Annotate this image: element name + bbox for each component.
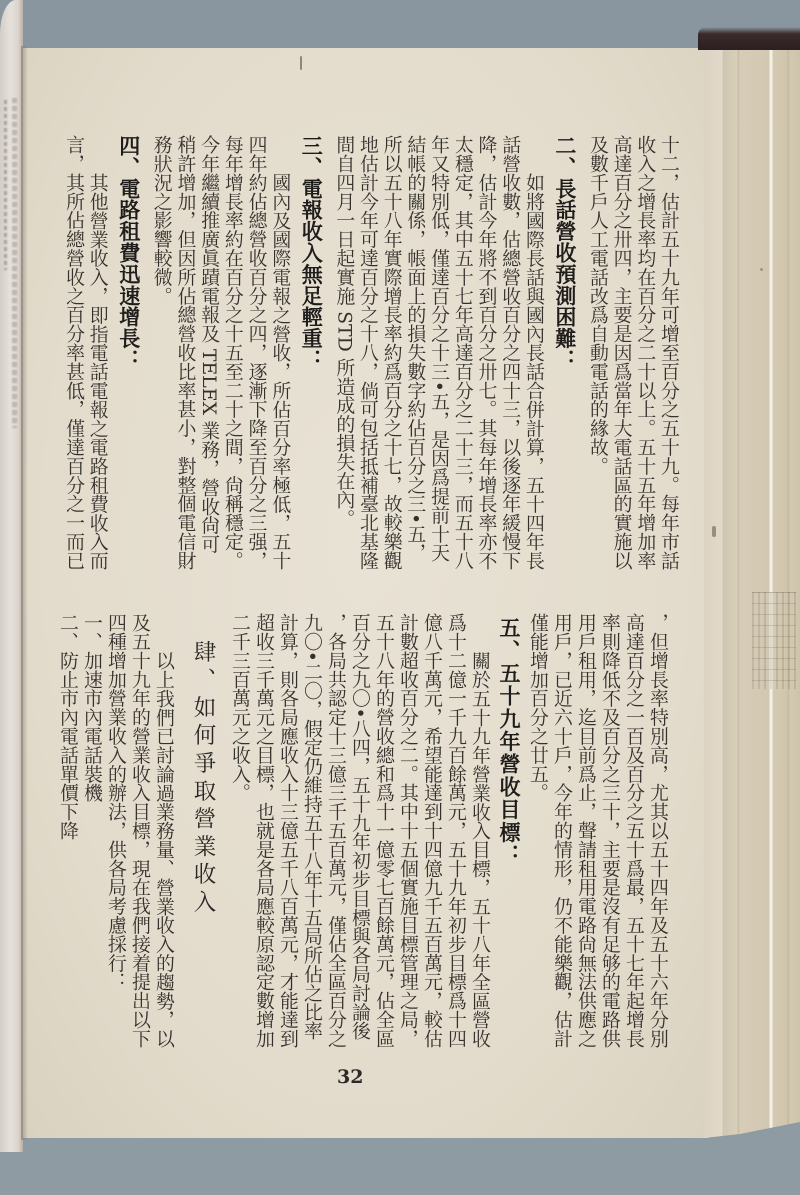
text-line: 高達百分之一百及百分之五十爲最，五十七年起增長 xyxy=(622,613,646,1053)
text-line: 以上我們已討論過業務量、營業收入的趨勢，以 xyxy=(152,613,176,1053)
text-line: 稍許增加，但因所佔總營收比率甚小，對整個電信財 xyxy=(173,135,197,575)
text-line: 計數超收百分之二。其中十五個實施目標管理之局， xyxy=(396,613,420,1053)
text-line: 間自四月一日起實施 STD 所造成的損失在內。 xyxy=(332,135,356,575)
text-line: 計算，則各局應收入十三億五千八百萬元，才能達到 xyxy=(276,613,300,1053)
text-line: ，各局共認定十三億三千五百萬元，僅佔全區百分之 xyxy=(324,613,348,1053)
text-line: 及數千戶人工電話改爲自動電話的緣故。 xyxy=(585,135,609,575)
text-line: 二千三百萬元之收入。 xyxy=(228,613,252,1053)
text-line: 四種增加營業收入的辦法，供各局考慮採行： xyxy=(104,613,128,1053)
lower-text-tier: ，但增長率特別高，尤其以五十四年及五十六年分別 高達百分之一百及百分之五十爲最，… xyxy=(56,613,670,1053)
section-heading: 二、長話營收預測困難： xyxy=(553,135,577,575)
list-item: 一、加速市內電話裝機 xyxy=(80,613,104,1053)
text-line: 其他營業收入，即指電話電報之電路租費收入而 xyxy=(85,135,109,575)
text-line: 百分之九〇•八四，五十九年初步目標與各局討論後 xyxy=(348,613,372,1053)
book-cover-edge xyxy=(698,27,800,50)
text-line: 超收三千萬元之目標，也就是各局應較原認定數增加 xyxy=(252,613,276,1053)
text-line: 降，估計今年將不到百分之卅七。其每年增長率亦不 xyxy=(474,135,498,575)
text-line: 太穩定，其中五十七年高達百分之二十三，而五十八 xyxy=(450,135,474,575)
text-line: 言，其所佔總營收之百分率甚低，僅達百分之一而已 xyxy=(61,135,85,575)
section-heading: 三、電報收入無足輕重： xyxy=(300,135,324,575)
bleed-through-text xyxy=(12,98,17,428)
chapter-heading: 肆、如何爭取營業收入 xyxy=(188,613,218,1053)
text-line: 每年增長率約在百分之十五至二十之間，尙稱穩定。 xyxy=(220,135,244,575)
text-line: 僅能增加百分之廿五。 xyxy=(526,613,550,1053)
upper-text-tier: 十二，估計五十九年可增至百分之五十九。每年市話 收入之增長率均在百分之二十以上。… xyxy=(61,135,680,575)
adjacent-page-table-fragment xyxy=(752,592,796,689)
bleed-through-text xyxy=(4,100,7,270)
text-line: 務狀況之影響較微。 xyxy=(149,135,173,575)
text-line: 用戶，已近六十戶，今年的情形，仍不能樂觀，估計 xyxy=(550,613,574,1053)
ink-smudge xyxy=(760,268,763,271)
text-line: 爲十二億一千九百餘萬元，五十九年初步目標爲十四 xyxy=(444,613,468,1053)
text-line: 五十八年的營收總和爲十一億零七百餘萬元，佔全區 xyxy=(372,613,396,1053)
text-line: 關於五十九年營業收入目標，五十八年全區營收 xyxy=(468,613,492,1053)
text-line: 今年繼續推廣眞蹟電報及 TELEX 業務，營收尙可 xyxy=(196,135,220,575)
text-line: 年又特別低，僅達百分之十三•五，是因爲提前十天 xyxy=(426,135,450,575)
page-number: 32 xyxy=(337,1066,363,1088)
text-line: 所以五十八年實際增長率約爲百分之十七，故較樂觀 xyxy=(379,135,403,575)
text-line: 率則降低不及百分之三十，主要是沒有足够的電路供 xyxy=(598,613,622,1053)
text-line: 十二，估計五十九年可增至百分之五十九。每年市話 xyxy=(656,135,680,575)
text-line: 國內及國際電報之營收，所佔百分率極低，五十 xyxy=(268,135,292,575)
list-item: 二、防止市內電話單價下降 xyxy=(56,613,80,1053)
text-line: 及五十九年的營業收入目標，現在我們接着提出以下 xyxy=(128,613,152,1053)
section-heading: 五、五十九年營收目標： xyxy=(497,613,521,1053)
text-line: 如將國際長話與國內長話合併計算，五十四年長 xyxy=(521,135,545,575)
ink-smudge xyxy=(712,526,716,537)
text-line: 高達百分之卅四，主要是因爲當年大電話區的實施以 xyxy=(609,135,633,575)
text-line: 億八千萬元，希望能達到十四億九千五百萬元，較估 xyxy=(420,613,444,1053)
section-heading: 四、電路租費迅速增長： xyxy=(117,135,141,575)
text-line: 收入之增長率均在百分之二十以上。五十五年增加率 xyxy=(633,135,657,575)
text-line: ，但增長率特別高，尤其以五十四年及五十六年分別 xyxy=(646,613,670,1053)
ink-smudge xyxy=(300,56,302,70)
text-line: 四年約佔總營收百分之四，逐漸下降至百分之三强， xyxy=(244,135,268,575)
binding-gutter-shadow xyxy=(21,46,28,1140)
text-line: 話營收數，估總營收百分之四十三，以後逐年緩慢下 xyxy=(497,135,521,575)
text-line: 九〇•二〇，假定仍維持五十八年十五局所佔之比率 xyxy=(300,613,324,1053)
text-line: 用戶租用，迄目前爲止，聲請租用電路尙無法供應之 xyxy=(574,613,598,1053)
text-line: 結帳的關係，帳面上的損失數字約佔百分之三•五， xyxy=(403,135,427,575)
previous-page-edge xyxy=(0,0,23,1152)
text-line: 地估計今年可達百分之十八，倘可包括抵補臺北基隆 xyxy=(355,135,379,575)
